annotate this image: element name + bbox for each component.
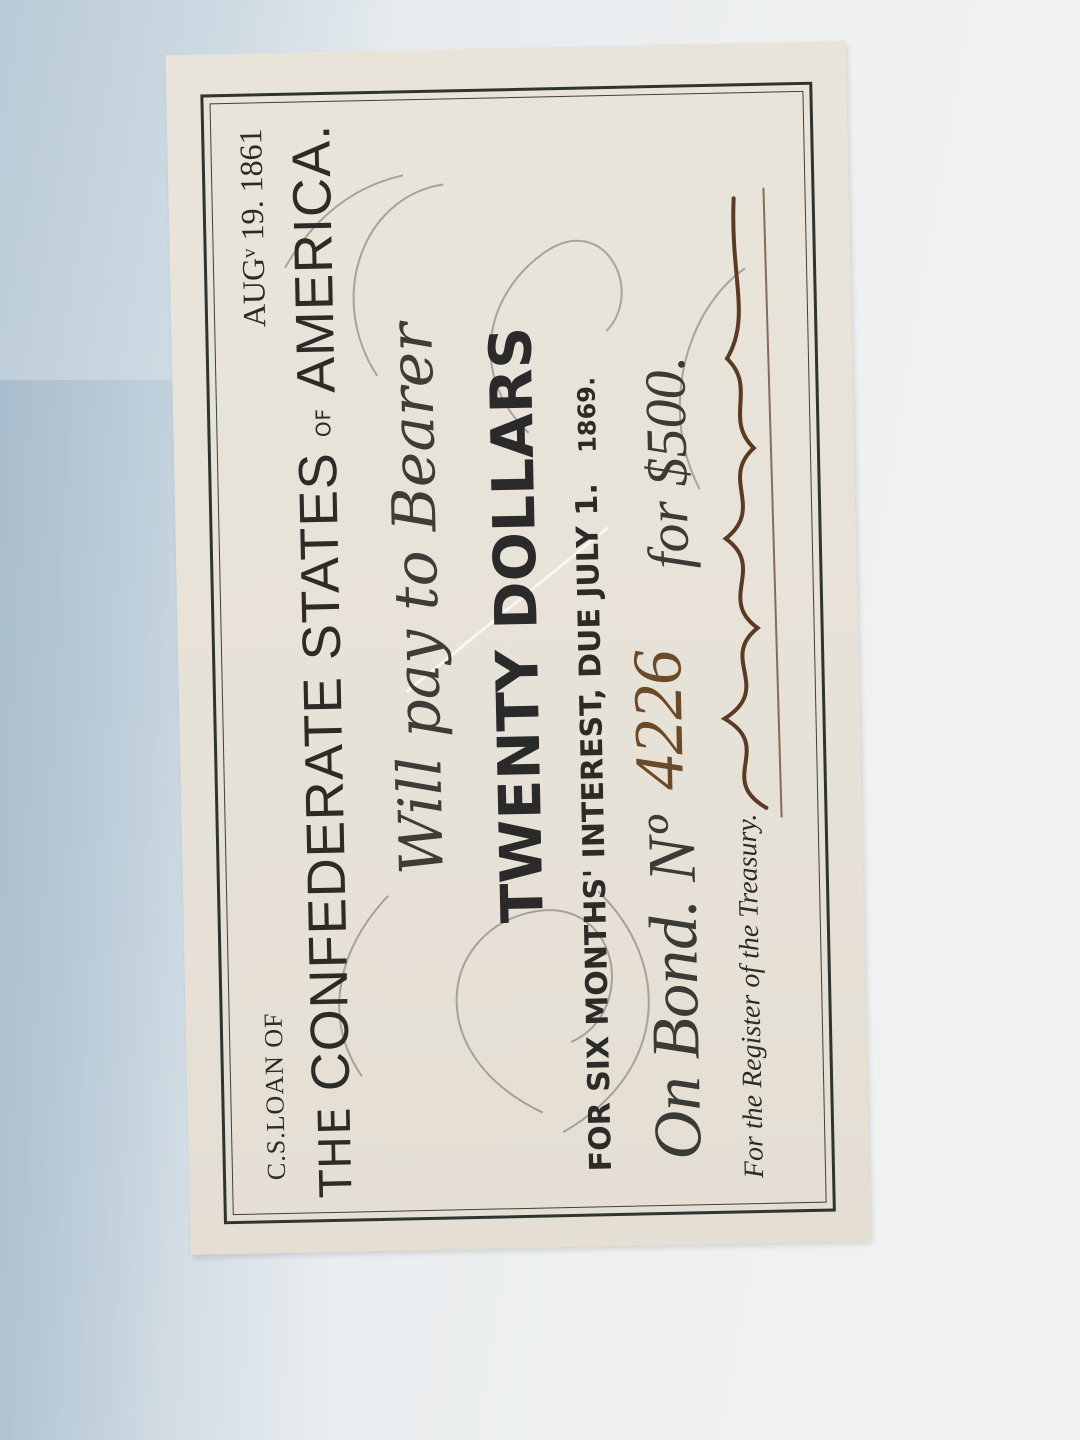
bond-number-handwritten: 4226	[618, 649, 701, 791]
interest-line: FOR SIX MONTHS' INTEREST, DUE JULY 1. 18…	[562, 101, 619, 1171]
title-country: AMERICA.	[281, 123, 347, 393]
bond-prefix: On Bond. Nº	[633, 815, 716, 1161]
pay-line: Will pay to Bearer	[372, 104, 458, 875]
bond-coupon: C.S.LOAN OF AUGᵛ 19. 1861 THE CONFEDERAT…	[166, 41, 871, 1255]
interest-year: 1869.	[572, 377, 602, 453]
interest-text: FOR SIX MONTHS' INTEREST, DUE JULY 1.	[570, 483, 619, 1172]
title-the: THE	[310, 1106, 363, 1198]
title-of: OF	[311, 408, 336, 438]
amount: TWENTY DOLLARS	[472, 102, 557, 923]
coupon-content: C.S.LOAN OF AUGᵛ 19. 1861 THE CONFEDERAT…	[222, 97, 815, 1199]
title-main: CONFEDERATE STATES	[288, 452, 361, 1092]
signature-icon	[693, 178, 786, 820]
coupon-title: THE CONFEDERATE STATES OF AMERICA.	[280, 107, 365, 1198]
issue-date: AUGᵛ 19. 1861	[232, 128, 273, 327]
bond-sum: for $500.	[632, 355, 701, 569]
